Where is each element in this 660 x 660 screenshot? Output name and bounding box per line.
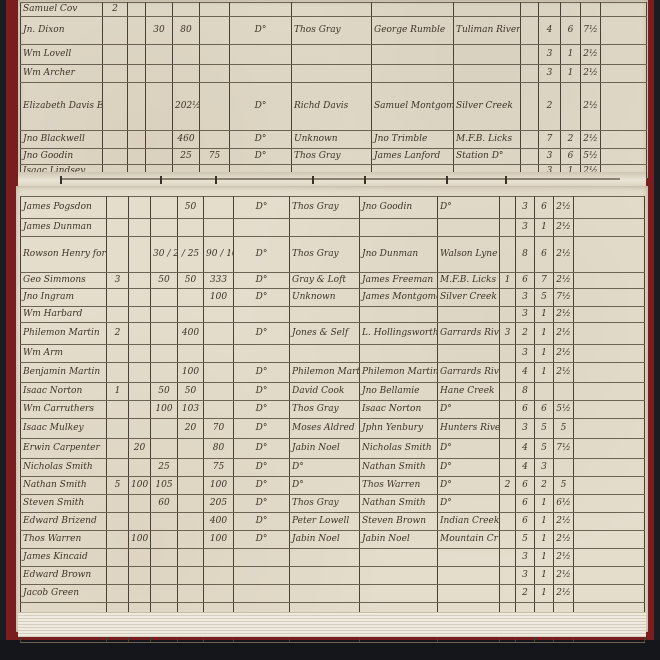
col-agent xyxy=(360,345,438,363)
col-rate-2: 2 xyxy=(561,131,581,149)
col-acres: 50 xyxy=(178,383,204,401)
col-b xyxy=(151,323,178,345)
col-count: 2 xyxy=(103,3,128,17)
col-c xyxy=(204,345,234,363)
col-place: Garrards River xyxy=(438,323,500,345)
col-owner: Unknown xyxy=(290,289,360,307)
page-edges xyxy=(18,612,646,637)
col-ditto: D° xyxy=(234,363,290,383)
col-rate-1: 2 xyxy=(539,83,561,131)
col-rate-3: 2½ xyxy=(554,513,574,531)
col-agent xyxy=(372,45,454,65)
col-acres xyxy=(173,45,200,65)
col-c xyxy=(200,45,230,65)
col-ditto xyxy=(234,345,290,363)
col-ditto: D° xyxy=(234,439,290,459)
col-rate-2: 1 xyxy=(535,513,554,531)
col-owner xyxy=(290,307,360,323)
col-owner: D° xyxy=(290,477,360,495)
col-place: D° xyxy=(438,477,500,495)
col-rate-2: 6 xyxy=(561,149,581,165)
entry-name: James Pogsdon xyxy=(21,197,107,219)
col-acres: 460 xyxy=(173,131,200,149)
col-a xyxy=(129,419,151,439)
col-place: Tuliman River xyxy=(454,17,521,45)
col-rate-1: 8 xyxy=(516,383,535,401)
entry-name: James Dunman xyxy=(21,219,107,237)
col-rate-3: 2½ xyxy=(554,197,574,219)
col-acres: 100 xyxy=(178,363,204,383)
entry-name: Edward Brown xyxy=(21,567,107,585)
col-d xyxy=(500,439,516,459)
col-blank xyxy=(574,323,645,345)
entry-name: Benjamin Martin xyxy=(21,363,107,383)
col-owner: Unknown xyxy=(292,131,372,149)
col-rate-3: 2½ xyxy=(554,345,574,363)
col-b xyxy=(151,289,178,307)
col-rate-1: 5 xyxy=(516,531,535,549)
col-blank xyxy=(601,17,647,45)
ledger-row: Jno Blackwell460D°UnknownJno TrimbleM.F.… xyxy=(21,131,647,149)
col-blank xyxy=(574,401,645,419)
col-rate-3: 2½ xyxy=(554,363,574,383)
col-owner xyxy=(292,65,372,83)
col-c: 75 xyxy=(204,459,234,477)
col-count: 5 xyxy=(107,477,129,495)
col-d: 2 xyxy=(500,477,516,495)
col-c: 333 xyxy=(204,273,234,289)
col-acres: 400 xyxy=(178,323,204,345)
col-b xyxy=(146,65,173,83)
col-rate-2 xyxy=(561,83,581,131)
col-b: 30 xyxy=(146,17,173,45)
entry-name: Isaac Norton xyxy=(21,383,107,401)
col-rate-1: 4 xyxy=(516,439,535,459)
col-a xyxy=(128,83,146,131)
col-acres xyxy=(178,585,204,603)
col-rate-2: 5 xyxy=(535,439,554,459)
col-agent: James Montgomery xyxy=(360,289,438,307)
col-count: 3 xyxy=(107,273,129,289)
col-d: 1 xyxy=(500,273,516,289)
col-place: Indian Creek xyxy=(438,513,500,531)
col-ditto: D° xyxy=(234,477,290,495)
col-c: 100 xyxy=(204,289,234,307)
col-b: 50 xyxy=(151,383,178,401)
entry-name: Jacob Green xyxy=(21,585,107,603)
col-owner: Philemon Martin xyxy=(290,363,360,383)
col-rate-2: 5 xyxy=(535,289,554,307)
col-ditto: D° xyxy=(234,401,290,419)
col-owner: Thos Gray xyxy=(290,401,360,419)
col-owner xyxy=(290,549,360,567)
col-d xyxy=(500,585,516,603)
col-b xyxy=(151,307,178,323)
col-a xyxy=(128,17,146,45)
col-rate-3: 2½ xyxy=(554,531,574,549)
col-agent: Jno Bellamie xyxy=(360,383,438,401)
col-blank xyxy=(574,495,645,513)
col-rate-1: 3 xyxy=(516,219,535,237)
col-c: 75 xyxy=(200,149,230,165)
col-count xyxy=(107,531,129,549)
col-a: 20 xyxy=(129,439,151,459)
col-blank xyxy=(574,567,645,585)
col-c xyxy=(204,401,234,419)
col-c xyxy=(204,307,234,323)
col-c xyxy=(204,197,234,219)
col-d xyxy=(500,345,516,363)
col-owner: Jabin Noel xyxy=(290,439,360,459)
col-rate-2: 7 xyxy=(535,273,554,289)
col-blank xyxy=(574,289,645,307)
col-agent: George Rumble xyxy=(372,17,454,45)
col-owner: Jones & Self xyxy=(290,323,360,345)
ledger-row: Wm Lovell312½ xyxy=(21,45,647,65)
col-acres: 80 xyxy=(173,17,200,45)
col-count xyxy=(107,289,129,307)
ledger-row: Wm Archer312½ xyxy=(21,65,647,83)
col-blank xyxy=(601,65,647,83)
col-a xyxy=(128,65,146,83)
col-ditto: D° xyxy=(234,273,290,289)
ledger-row: Erwin Carpenter2080D°Jabin NoelNicholas … xyxy=(21,439,645,459)
page-tab-marker xyxy=(505,176,507,184)
ledger-table-upper: Samuel Cov2Jn. Dixon3080D°Thos GrayGeorg… xyxy=(20,2,647,179)
col-agent xyxy=(372,65,454,83)
entry-name: Wm Carruthers xyxy=(21,401,107,419)
col-b xyxy=(151,531,178,549)
col-count xyxy=(107,363,129,383)
col-c: 70 xyxy=(204,419,234,439)
col-blank xyxy=(574,477,645,495)
col-d xyxy=(500,197,516,219)
col-place: Walson Lyne xyxy=(438,237,500,273)
col-b xyxy=(151,363,178,383)
col-acres xyxy=(178,307,204,323)
col-ditto: D° xyxy=(234,513,290,531)
col-a xyxy=(129,219,151,237)
col-c: 80 xyxy=(204,439,234,459)
col-acres: 50 xyxy=(178,197,204,219)
col-agent xyxy=(372,3,454,17)
col-ditto: D° xyxy=(234,197,290,219)
col-rate-3 xyxy=(581,3,601,17)
col-blank xyxy=(574,531,645,549)
ledger-row: Jno Ingram100D°UnknownJames MontgomerySi… xyxy=(21,289,645,307)
col-acres xyxy=(178,459,204,477)
col-place: D° xyxy=(438,459,500,477)
col-a xyxy=(129,401,151,419)
ledger-row: Thos Warren100100D°Jabin NoelJabin NoelM… xyxy=(21,531,645,549)
col-ditto xyxy=(230,45,292,65)
col-b xyxy=(146,131,173,149)
ledger-row: Wm Arm312½ xyxy=(21,345,645,363)
col-d xyxy=(500,383,516,401)
col-a xyxy=(129,549,151,567)
col-agent: Jphn Yenbury xyxy=(360,419,438,439)
col-blank xyxy=(574,459,645,477)
col-d xyxy=(500,531,516,549)
col-blank xyxy=(574,197,645,219)
page-tab-marker xyxy=(364,176,366,184)
col-rate-3: 2½ xyxy=(554,307,574,323)
col-d xyxy=(500,363,516,383)
col-rate-1: 3 xyxy=(539,65,561,83)
col-rate-2: 1 xyxy=(535,363,554,383)
ledger-row: Steven Smith60205D°Thos GrayNathan Smith… xyxy=(21,495,645,513)
col-rate-2: 1 xyxy=(535,307,554,323)
col-a xyxy=(128,45,146,65)
col-agent: Samuel Montgomery xyxy=(372,83,454,131)
col-place xyxy=(438,345,500,363)
col-count xyxy=(103,65,128,83)
col-rate-1: 4 xyxy=(539,17,561,45)
col-rate-1: 2 xyxy=(516,585,535,603)
col-acres xyxy=(178,345,204,363)
col-b: 60 xyxy=(151,495,178,513)
col-rate-3: 2½ xyxy=(581,45,601,65)
col-d xyxy=(521,149,539,165)
col-place: Mountain Cr xyxy=(438,531,500,549)
col-a xyxy=(129,289,151,307)
col-agent: Nathan Smith xyxy=(360,459,438,477)
col-place xyxy=(438,567,500,585)
col-ditto xyxy=(234,549,290,567)
entry-name: Erwin Carpenter xyxy=(21,439,107,459)
col-agent xyxy=(360,585,438,603)
col-b: 105 xyxy=(151,477,178,495)
col-c xyxy=(200,131,230,149)
col-rate-2: 1 xyxy=(535,219,554,237)
col-d xyxy=(500,459,516,477)
col-agent: Jno Dunman xyxy=(360,237,438,273)
col-owner xyxy=(290,345,360,363)
col-acres: 25 xyxy=(173,149,200,165)
col-blank xyxy=(574,363,645,383)
ledger-row: Samuel Cov2 xyxy=(21,3,647,17)
col-owner: David Cook xyxy=(290,383,360,401)
col-count xyxy=(107,585,129,603)
col-d xyxy=(521,65,539,83)
col-rate-2: 3 xyxy=(535,459,554,477)
col-rate-3: 2½ xyxy=(554,273,574,289)
col-place: Station D° xyxy=(454,149,521,165)
col-owner: Thos Gray xyxy=(290,495,360,513)
col-acres xyxy=(178,439,204,459)
col-rate-3: 5 xyxy=(554,477,574,495)
ledger-row: James Kincaid312½ xyxy=(21,549,645,567)
col-rate-1: 4 xyxy=(516,363,535,383)
col-d xyxy=(521,131,539,149)
col-rate-3: 5½ xyxy=(554,401,574,419)
col-c xyxy=(204,567,234,585)
entry-name: Geo Simmons xyxy=(21,273,107,289)
ledger-row: Jno Goodin2575D°Thos GrayJames LanfordSt… xyxy=(21,149,647,165)
col-ditto: D° xyxy=(230,83,292,131)
col-a xyxy=(128,3,146,17)
col-ditto xyxy=(234,307,290,323)
col-place xyxy=(438,307,500,323)
col-blank xyxy=(574,439,645,459)
col-agent xyxy=(360,219,438,237)
col-blank xyxy=(574,307,645,323)
col-place: D° xyxy=(438,197,500,219)
col-count xyxy=(103,17,128,45)
col-agent: Jno Goodin xyxy=(360,197,438,219)
col-count xyxy=(107,549,129,567)
col-b xyxy=(151,439,178,459)
col-rate-1: 6 xyxy=(516,401,535,419)
col-rate-1: 8 xyxy=(516,237,535,273)
col-c xyxy=(204,323,234,345)
col-owner: Thos Gray xyxy=(292,149,372,165)
col-count xyxy=(107,219,129,237)
col-rate-1: 2 xyxy=(516,323,535,345)
col-agent xyxy=(360,567,438,585)
col-place: Hunters River xyxy=(438,419,500,439)
col-owner: Moses Aldred xyxy=(290,419,360,439)
col-ditto: D° xyxy=(234,323,290,345)
col-blank xyxy=(601,3,647,17)
col-rate-2: 6 xyxy=(535,237,554,273)
col-d xyxy=(500,513,516,531)
col-ditto: D° xyxy=(234,495,290,513)
col-rate-3: 2½ xyxy=(554,237,574,273)
col-count xyxy=(103,131,128,149)
ledger-row: Jacob Green212½ xyxy=(21,585,645,603)
col-rate-2: 6 xyxy=(535,401,554,419)
entry-name: Samuel Cov xyxy=(21,3,103,17)
col-count xyxy=(107,197,129,219)
col-blank xyxy=(601,83,647,131)
col-a xyxy=(129,307,151,323)
col-rate-1: 6 xyxy=(516,477,535,495)
col-c: 90 / 100 xyxy=(204,237,234,273)
col-rate-1: 6 xyxy=(516,513,535,531)
col-acres xyxy=(178,531,204,549)
col-a xyxy=(129,585,151,603)
col-b: 50 xyxy=(151,273,178,289)
col-blank xyxy=(601,131,647,149)
col-d xyxy=(500,549,516,567)
col-c xyxy=(200,65,230,83)
col-rate-2: 1 xyxy=(535,549,554,567)
ledger-row: James Dunman312½ xyxy=(21,219,645,237)
col-agent: Jabin Noel xyxy=(360,531,438,549)
col-count xyxy=(107,513,129,531)
col-ditto: D° xyxy=(234,419,290,439)
col-agent xyxy=(360,307,438,323)
col-agent xyxy=(360,549,438,567)
col-a xyxy=(129,383,151,401)
col-rate-3: 2½ xyxy=(581,65,601,83)
col-b xyxy=(146,149,173,165)
col-ditto: D° xyxy=(234,237,290,273)
col-agent: Steven Brown xyxy=(360,513,438,531)
col-ditto xyxy=(234,219,290,237)
col-acres xyxy=(178,567,204,585)
entry-name: Edward Brizend xyxy=(21,513,107,531)
col-blank xyxy=(574,345,645,363)
col-count xyxy=(107,419,129,439)
col-rate-3: 5 xyxy=(554,419,574,439)
col-count xyxy=(103,149,128,165)
col-owner: Peter Lowell xyxy=(290,513,360,531)
col-place xyxy=(454,45,521,65)
col-c: 100 xyxy=(204,477,234,495)
col-a: 100 xyxy=(129,531,151,549)
col-d xyxy=(521,17,539,45)
col-agent: James Lanford xyxy=(372,149,454,165)
col-acres xyxy=(173,3,200,17)
col-ditto: D° xyxy=(234,383,290,401)
col-b: 100 xyxy=(151,401,178,419)
col-acres xyxy=(173,65,200,83)
entry-name: Philemon Martin xyxy=(21,323,107,345)
col-a xyxy=(129,197,151,219)
col-acres: 50 xyxy=(178,273,204,289)
col-c xyxy=(204,363,234,383)
col-ditto: D° xyxy=(230,131,292,149)
col-blank xyxy=(574,513,645,531)
col-agent: Nicholas Smith xyxy=(360,439,438,459)
col-blank xyxy=(574,237,645,273)
ledger-row: Nathan Smith5100105100D°D°Thos WarrenD°2… xyxy=(21,477,645,495)
col-rate-2: 2 xyxy=(535,477,554,495)
col-place: Garrards River xyxy=(438,363,500,383)
col-acres xyxy=(178,477,204,495)
col-b xyxy=(151,219,178,237)
col-rate-2: 1 xyxy=(535,495,554,513)
entry-name: Nathan Smith xyxy=(21,477,107,495)
col-rate-2 xyxy=(535,383,554,401)
col-d xyxy=(500,289,516,307)
col-d xyxy=(500,307,516,323)
col-owner xyxy=(292,45,372,65)
col-agent: James Freeman xyxy=(360,273,438,289)
col-owner: Jabin Noel xyxy=(290,531,360,549)
col-rate-1: 3 xyxy=(516,345,535,363)
col-acres xyxy=(178,219,204,237)
col-blank xyxy=(574,419,645,439)
col-b: 30 / 25 xyxy=(151,237,178,273)
entry-name: Rowson Henry for Joseph Walcom xyxy=(21,237,107,273)
col-c xyxy=(204,383,234,401)
col-a xyxy=(129,567,151,585)
ledger-row: Jn. Dixon3080D°Thos GrayGeorge RumbleTul… xyxy=(21,17,647,45)
col-ditto xyxy=(234,585,290,603)
col-owner: Richd Davis xyxy=(292,83,372,131)
col-place xyxy=(454,65,521,83)
col-rate-3: 7½ xyxy=(554,439,574,459)
col-place: M.F.B. Licks xyxy=(454,131,521,149)
col-rate-1: 3 xyxy=(539,149,561,165)
col-a xyxy=(129,363,151,383)
col-b xyxy=(151,197,178,219)
col-count xyxy=(107,401,129,419)
entry-name: Jn. Dixon xyxy=(21,17,103,45)
col-place: Hane Creek xyxy=(438,383,500,401)
entry-name: Wm Harbard xyxy=(21,307,107,323)
col-place: D° xyxy=(438,401,500,419)
col-d xyxy=(500,219,516,237)
col-owner: Thos Gray xyxy=(290,237,360,273)
col-acres: 202½ xyxy=(173,83,200,131)
col-c: 400 xyxy=(204,513,234,531)
col-acres: 103 xyxy=(178,401,204,419)
col-agent: Jno Trimble xyxy=(372,131,454,149)
